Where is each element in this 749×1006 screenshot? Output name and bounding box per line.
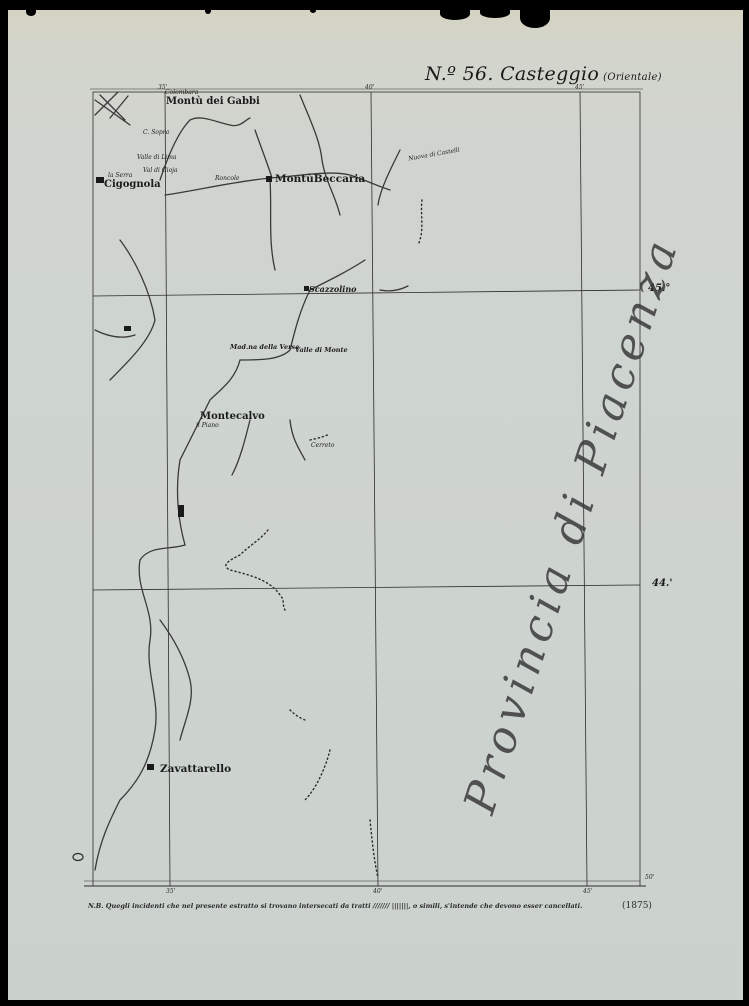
tick-bottom-35: 35' (166, 888, 175, 895)
lat-44: 44.' (652, 578, 672, 589)
place-montu-beccaria: MontùBeccaria (275, 174, 365, 185)
lat-50: 50' (645, 874, 654, 881)
place-il-piano: il Piano (196, 423, 219, 429)
map-drawing (0, 0, 749, 1006)
grid-line-40 (371, 92, 378, 886)
place-val-di-gioja: Val di Gioja (143, 168, 178, 174)
place-zavattarello: Zavattarello (160, 764, 231, 775)
tick-bottom-45: 45' (583, 888, 592, 895)
place-cigognola: Cigognola (104, 180, 161, 190)
place-roncole: Roncole (215, 176, 239, 182)
grid-line-45deg (93, 290, 640, 296)
place-cerreto: Cerreto (311, 443, 334, 449)
place-valle-di-monte: Valle di Monte (295, 347, 348, 354)
place-c-sopra: C. Sopra (143, 130, 169, 136)
sheet-year: (1875) (622, 901, 652, 911)
place-scazzolino: Scazzolino (309, 285, 356, 293)
place-montu-dei-gabbi: Montù dei Gabbi (166, 97, 260, 107)
footnote: N.B. Quegli incidenti che nel presente e… (88, 902, 582, 910)
place-montecalvo: Montecalvo (200, 412, 265, 422)
tick-bottom-40: 40' (373, 888, 382, 895)
tick-top-45: 45' (575, 84, 584, 91)
place-valle-di-lima: Valle di Lima (137, 155, 177, 161)
tick-top-40: 40' (365, 84, 374, 91)
place-madonna-della-versa: Mad.na della Versa (230, 344, 299, 351)
